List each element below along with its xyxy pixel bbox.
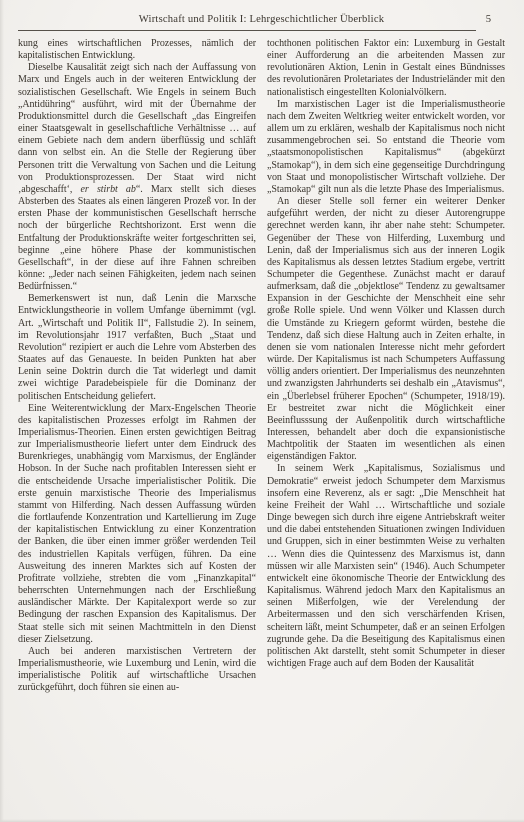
text-segment: Bemerkenswert ist nun, daß Lenin die Mar… xyxy=(18,293,256,401)
text-segment: tochthonen politischen Faktor ein: Luxem… xyxy=(267,38,505,98)
left-paragraph-4: Eine Weiterentwicklung der Marx-Engelsch… xyxy=(18,403,256,646)
left-paragraph-1: kung eines wirtschaftlichen Prozesses, n… xyxy=(18,38,256,62)
italic-phrase: er stirbt ab xyxy=(81,184,136,195)
text-segment: Eine Weiterentwicklung der Marx-Engelsch… xyxy=(18,403,256,645)
text-segment: Dieselbe Kausalität zeigt sich nach der … xyxy=(18,62,256,195)
left-paragraph-3: Bemerkenswert ist nun, daß Lenin die Mar… xyxy=(18,293,256,402)
book-page: Wirtschaft und Politik I: Lehrgeschichtl… xyxy=(0,0,524,822)
running-head-title: Wirtschaft und Politik I: Lehrgeschichtl… xyxy=(18,13,505,27)
text-segment: “. Marx stellt sich dieses Absterben des… xyxy=(18,184,256,292)
left-column: kung eines wirtschaftlichen Prozesses, n… xyxy=(18,38,256,694)
text-segment: In seinem Werk „Kapitalismus, Sozialismu… xyxy=(267,463,505,669)
right-column: tochthonen politischen Faktor ein: Luxem… xyxy=(267,38,505,694)
header-rule xyxy=(18,30,476,31)
running-head: Wirtschaft und Politik I: Lehrgeschichtl… xyxy=(18,13,505,33)
text-segment: kung eines wirtschaftlichen Prozesses, n… xyxy=(18,38,256,61)
left-paragraph-5: Auch bei anderen marxistischen Vertreter… xyxy=(18,646,256,695)
text-segment: Im marxistischen Lager ist die Imperiali… xyxy=(267,99,505,195)
right-paragraph-4: In seinem Werk „Kapitalismus, Sozialismu… xyxy=(267,463,505,670)
left-paragraph-2: Dieselbe Kausalität zeigt sich nach der … xyxy=(18,62,256,293)
text-block: kung eines wirtschaftlichen Prozesses, n… xyxy=(18,38,505,694)
right-paragraph-3: An dieser Stelle soll ferner ein weitere… xyxy=(267,196,505,463)
text-segment: Auch bei anderen marxistischen Vertreter… xyxy=(18,646,256,693)
page-number: 5 xyxy=(486,13,491,27)
right-paragraph-1: tochthonen politischen Faktor ein: Luxem… xyxy=(267,38,505,99)
right-paragraph-2: Im marxistischen Lager ist die Imperiali… xyxy=(267,99,505,196)
text-segment: An dieser Stelle soll ferner ein weitere… xyxy=(267,196,505,462)
